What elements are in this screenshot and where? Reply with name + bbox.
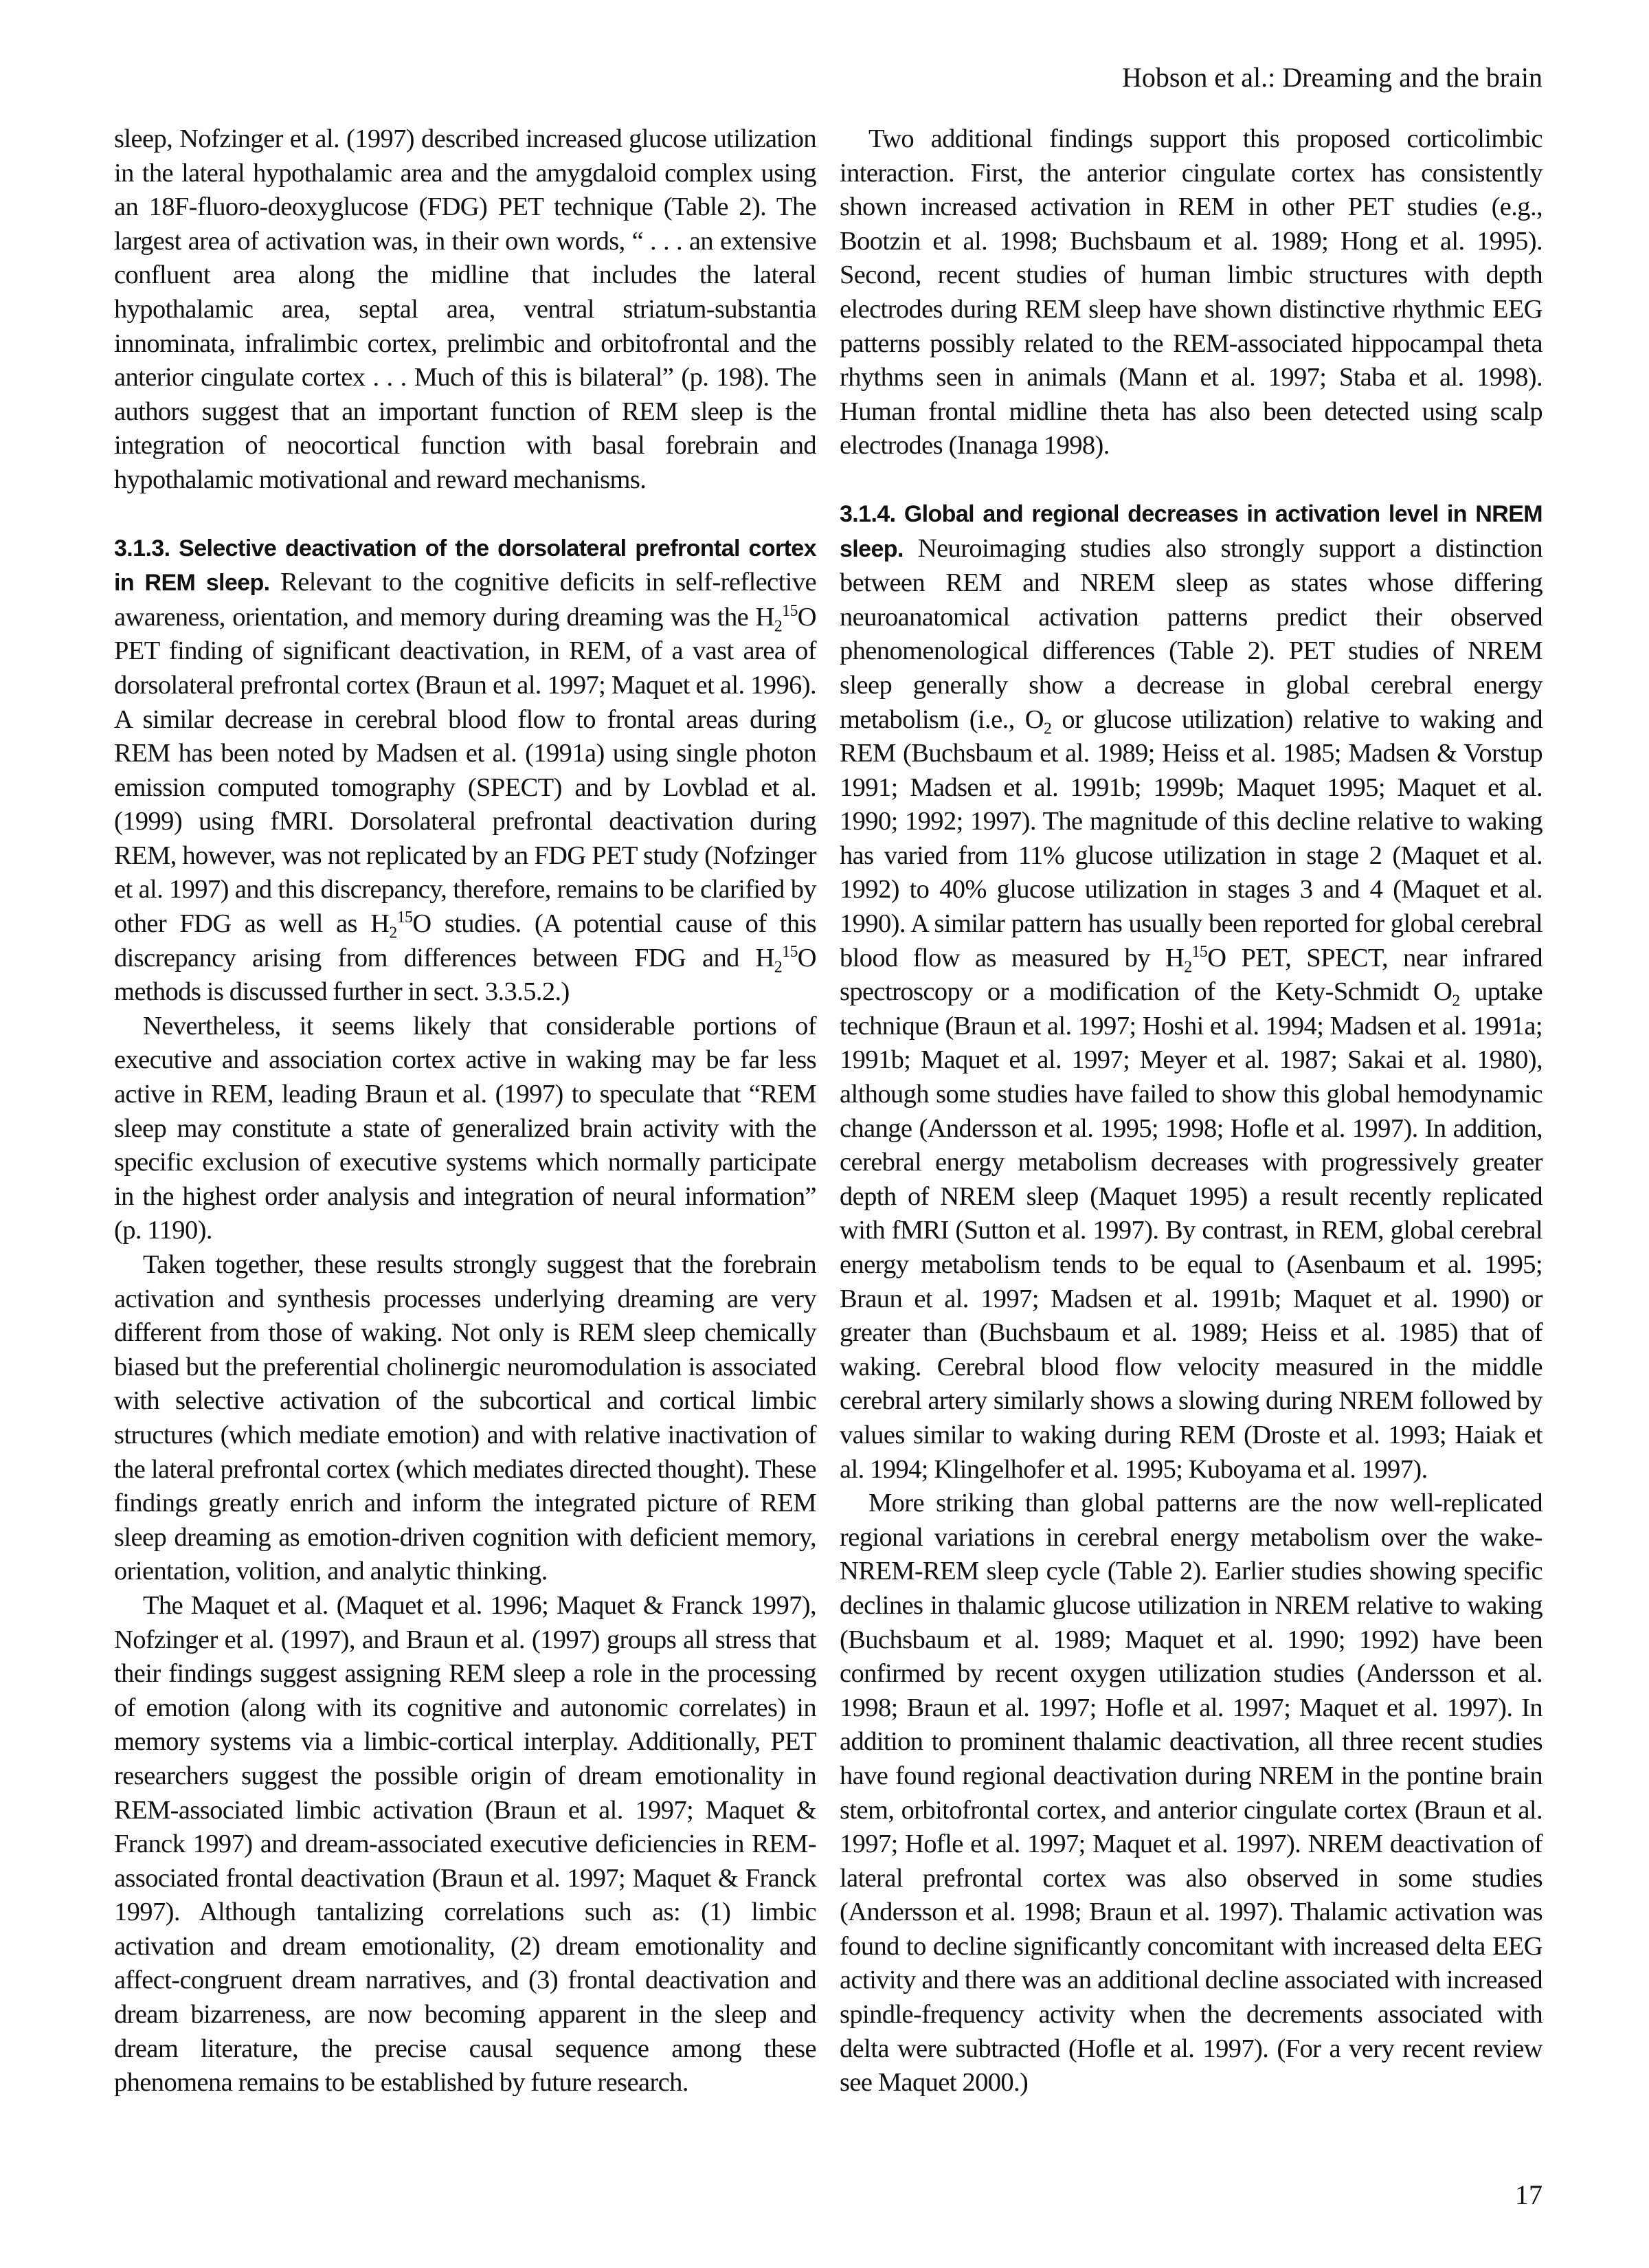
superscript: 15 [782, 943, 798, 961]
right-column: Two additional findings support this pro… [840, 122, 1543, 2100]
section-3-1-3: 3.1.3. Selective deactivation of the dor… [114, 531, 816, 1010]
page-number: 17 [1515, 2179, 1543, 2211]
superscript: 15 [782, 602, 798, 620]
superscript: 15 [397, 909, 413, 926]
running-head: Hobson et al.: Dreaming and the brain [1122, 60, 1543, 95]
subscript: 2 [1044, 720, 1051, 737]
paragraph-more-striking: More striking than global patterns are t… [840, 1487, 1543, 2100]
section-text: Neuroimaging studies also strongly suppo… [840, 534, 1543, 734]
subscript: 2 [1184, 958, 1191, 976]
section-text: uptake technique (Braun et al. 1997; Hos… [840, 977, 1543, 1483]
section-text: O PET finding of significant deactivatio… [114, 603, 816, 938]
paragraph-maquet-groups: The Maquet et al. (Maquet et al. 1996; M… [114, 1589, 816, 2100]
paragraph-nofzinger: sleep, Nofzinger et al. (1997) described… [114, 122, 816, 498]
section-text: or glucose utilization) relative to waki… [840, 705, 1543, 972]
section-3-1-4: 3.1.4. Global and regional decreases in … [840, 497, 1543, 1487]
subscript: 2 [1452, 992, 1459, 1010]
paragraph-nevertheless: Nevertheless, it seems likely that consi… [114, 1010, 816, 1248]
subscript: 2 [774, 617, 782, 635]
subscript: 2 [774, 958, 782, 976]
left-column: sleep, Nofzinger et al. (1997) described… [114, 122, 816, 2100]
paragraph-taken-together: Taken together, these results strongly s… [114, 1248, 816, 1589]
paragraph-two-findings: Two additional findings support this pro… [840, 122, 1543, 463]
superscript: 15 [1192, 943, 1208, 961]
subscript: 2 [389, 924, 396, 942]
